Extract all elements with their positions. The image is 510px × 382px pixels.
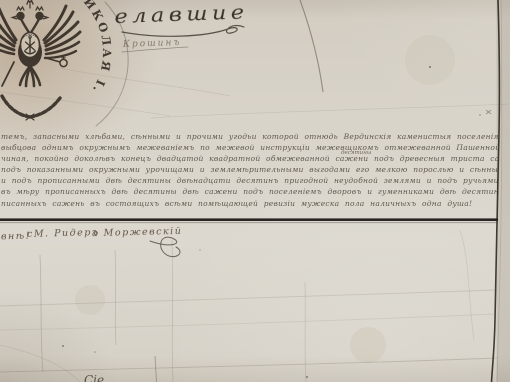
manuscript-photo: АННИКОЛАЯ I. елавшие Крошинъ темъ, запас… <box>0 0 510 382</box>
signature-bottom-flourish <box>150 237 180 257</box>
signature-flourishes <box>122 25 244 256</box>
text-block-bottom-rule <box>0 218 498 221</box>
signature-top-flourish <box>122 25 244 36</box>
edge-tick-mark <box>486 110 491 114</box>
crease-line <box>300 0 323 92</box>
stain-spots <box>62 35 481 378</box>
page-marks-overlay <box>0 0 510 382</box>
crease-lines <box>0 68 509 382</box>
signature-secondary-underline <box>122 47 188 52</box>
